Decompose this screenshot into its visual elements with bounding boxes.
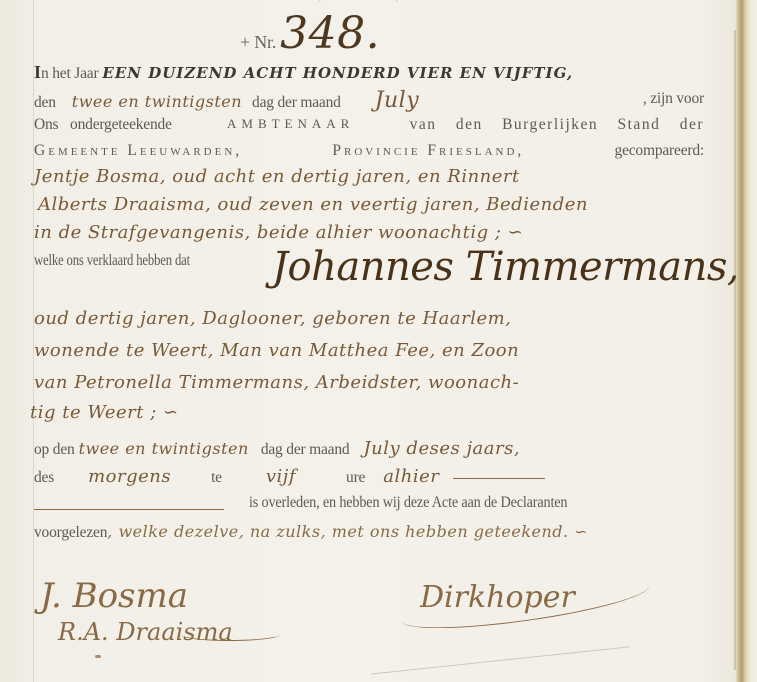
record-number-value: 348. [280, 8, 380, 59]
printed-text: van den Burgerlijken Stand der [410, 116, 704, 134]
document-page: + Nr. 348. In het Jaar EEN DUIZEND ACHT … [0, 0, 736, 682]
line-declared: welke ons verklaard hebben dat [34, 252, 224, 270]
place-handwritten: alhier [383, 466, 439, 487]
line-date: den twee en twintigsten dag der maand Ju… [34, 88, 704, 113]
line-final: voorgelezen, welke dezelve, na zulks, me… [34, 522, 588, 542]
fill-line [453, 478, 545, 480]
deceased-detail-line-1: oud dertig jaren, Daglooner, geboren te … [34, 308, 511, 329]
month-handwritten: July [375, 88, 419, 113]
line-municipality: Gemeente Leeuwarden, Provincie Friesland… [34, 142, 704, 160]
printed-text: te [211, 469, 222, 486]
printed-text: des [34, 469, 54, 486]
final-handwritten: , welke dezelve, na zulks, met ons hebbe… [107, 522, 588, 541]
ink-spot [95, 655, 101, 658]
printed-text: den [34, 94, 56, 111]
printed-text: op den [34, 441, 75, 458]
province: Provincie Friesland, [332, 142, 524, 160]
pencil-mark [371, 646, 630, 674]
printed-text: is overleden, en hebben wij deze Acte aa… [249, 494, 567, 512]
printed-text: Ons ondergeteekende [34, 116, 172, 134]
witness-line-1: Jentje Bosma, oud acht en dertig jaren, … [34, 166, 520, 187]
page-binding [736, 0, 757, 682]
line-official: Ons ondergeteekende Ambtenaar van den Bu… [34, 116, 704, 134]
line-death-time: des morgens te vijf ure alhier [34, 466, 704, 487]
record-number-prefix: + Nr. [240, 32, 276, 52]
witness-line-2: Alberts Draaisma, oud zeven en veertig j… [38, 194, 588, 215]
printed-text: dag der maand [252, 94, 341, 111]
printed-text: gecompareerd: [615, 142, 704, 160]
printed-text: welke ons verklaard hebben dat [34, 252, 190, 270]
printed-text: dag der maand [261, 441, 350, 458]
line-year: In het Jaar EEN DUIZEND ACHT HONDERD VIE… [34, 62, 573, 83]
witness-line-3: in de Strafgevangenis, beide alhier woon… [34, 222, 523, 243]
municipality: Gemeente Leeuwarden, [34, 142, 242, 160]
printed-text: n het Jaar [41, 65, 98, 82]
signature-flourish [180, 628, 280, 641]
official-title: Ambtenaar [227, 116, 354, 134]
printed-text: , zijn voor [643, 90, 704, 108]
year-in-words: EEN DUIZEND ACHT HONDERD VIER EN VIJFTIG [102, 64, 566, 82]
record-number: + Nr. 348. [240, 8, 380, 59]
deceased-name: Johannes Timmermans, [272, 244, 739, 290]
death-day-handwritten: twee en twintigsten [79, 439, 249, 458]
number-flourish [318, 0, 398, 15]
deceased-detail-line-2: wonende te Weert, Man van Matthea Fee, e… [34, 340, 519, 361]
signature-witness-1: J. Bosma [40, 576, 188, 616]
line-death-date: op den twee en twintigsten dag der maand… [34, 438, 520, 459]
drop-cap: I [34, 62, 41, 82]
hour-handwritten: vijf [266, 466, 296, 487]
punctuation: , [567, 64, 573, 82]
deceased-detail-line-4: tig te Weert ; ∽ [30, 402, 179, 423]
deceased-detail-line-3: van Petronella Timmermans, Arbeidster, w… [34, 372, 519, 393]
death-month-handwritten: July deses jaars, [363, 438, 520, 459]
part-of-day-handwritten: morgens [88, 466, 171, 487]
line-closing: is overleden, en hebben wij deze Acte aa… [34, 494, 704, 512]
fill-line [34, 509, 224, 511]
day-handwritten: twee en twintigsten [72, 92, 242, 111]
printed-text: ure [346, 469, 365, 486]
printed-text: voorgelezen [34, 524, 107, 541]
